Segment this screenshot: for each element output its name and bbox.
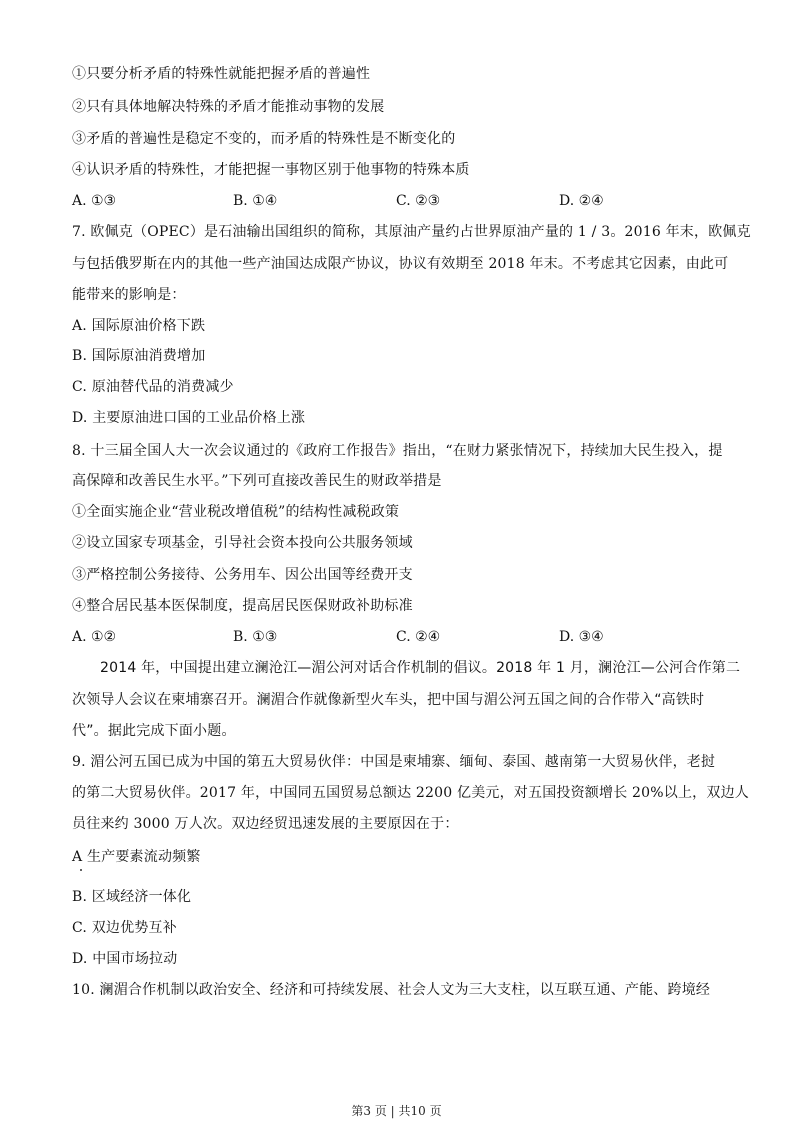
stray-dot: [80, 869, 82, 871]
q8-item-4: ④整合居民基本医保制度，提高居民医保财政补助标准: [72, 597, 413, 615]
page-footer: 第3 页 | 共10 页: [0, 1102, 793, 1119]
q6-item-1: ①只要分析矛盾的特殊性就能把握矛盾的普遍性: [72, 65, 370, 83]
q9-stem-3: 员往来约 3000 万人次。双边经贸迅速发展的主要原因在于：: [72, 815, 459, 833]
q7-option-d: D. 主要原油进口国的工业品价格上涨: [72, 409, 305, 427]
q8-item-1: ①全面实施企业“营业税改增值税”的结构性减税政策: [72, 503, 399, 521]
q9-option-b: B. 区域经济一体化: [72, 888, 191, 906]
q6-option-c: C. ②③: [396, 192, 440, 210]
q7-stem-1: 7. 欧佩克（OPEC）是石油输出国组织的简称，其原油产量约占世界原油产量的 1…: [72, 223, 751, 241]
q8-option-b: B. ①③: [233, 628, 277, 646]
q7-option-a: A. 国际原油价格下跌: [72, 317, 205, 335]
q8-option-c: C. ②④: [396, 628, 440, 646]
q6-item-3: ③矛盾的普遍性是稳定不变的，而矛盾的特殊性是不断变化的: [72, 130, 455, 148]
passage-line-2: 次领导人会议在柬埔寨召开。澜湄合作就像新型火车头，把中国与湄公河五国之间的合作带…: [72, 691, 704, 709]
q7-option-b: B. 国际原油消费增加: [72, 347, 205, 365]
q9-stem-2: 的第二大贸易伙伴。2017 年，中国同五国贸易总额达 2200 亿美元，对五国投…: [72, 784, 749, 802]
q7-stem-2: 与包括俄罗斯在内的其他一些产油国达成限产协议，协议有效期至 2018 年末。不考…: [72, 255, 728, 273]
q7-stem-3: 能带来的影响是：: [72, 286, 186, 304]
q6-option-d: D. ②④: [559, 192, 604, 210]
q9-option-d: D. 中国市场拉动: [72, 950, 177, 968]
q8-stem-2: 高保障和改善民生水平。”下列可直接改善民生的财政举措是: [72, 472, 442, 490]
q6-item-4: ④认识矛盾的特殊性，才能把握一事物区别于他事物的特殊本质: [72, 161, 470, 179]
passage-line-3: 代”。据此完成下面小题。: [72, 722, 236, 740]
q7-option-c: C. 原油替代品的消费减少: [72, 378, 234, 396]
q10-stem-1: 10. 澜湄合作机制以政治安全、经济和可持续发展、社会人文为三大支柱，以互联互通…: [72, 981, 710, 999]
q6-option-a: A. ①③: [72, 192, 116, 210]
q9-option-c: C. 双边优势互补: [72, 919, 177, 937]
q9-stem-1: 9. 湄公河五国已成为中国的第五大贸易伙伴：中国是柬埔寨、缅甸、泰国、越南第一大…: [72, 753, 715, 771]
q8-item-2: ②设立国家专项基金，引导社会资本投向公共服务领域: [72, 534, 413, 552]
q8-option-d: D. ③④: [559, 628, 604, 646]
q8-option-a: A. ①②: [72, 628, 116, 646]
passage-line-1: 2014 年，中国提出建立澜沧江—湄公河对话合作机制的倡议。2018 年 1 月…: [100, 659, 740, 677]
q8-item-3: ③严格控制公务接待、公务用车、因公出国等经费开支: [72, 566, 413, 584]
q6-option-b: B. ①④: [233, 192, 277, 210]
q9-option-a: A 生产要素流动频繁: [72, 848, 201, 866]
q6-item-2: ②只有具体地解决特殊的矛盾才能推动事物的发展: [72, 98, 384, 116]
q8-stem-1: 8. 十三届全国人大一次会议通过的《政府工作报告》指出，“在财力紧张情况下，持续…: [72, 442, 723, 460]
